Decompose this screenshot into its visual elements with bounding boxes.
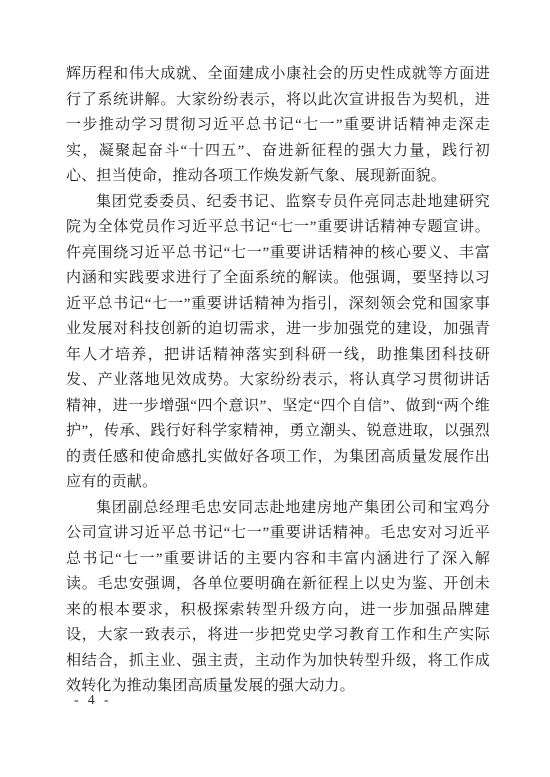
body-paragraph: 集团副总经理毛忠安同志赴地建房地产集团公司和宝鸡分公司宣讲习近平总书记“七一”重… xyxy=(66,496,490,700)
page-number: - 4 - xyxy=(74,691,112,709)
body-paragraph-continuation: 辉历程和伟大成就、全面建成小康社会的历史性成就等方面进行了系统讲解。大家纷纷表示… xyxy=(66,62,490,190)
document-page: 辉历程和伟大成就、全面建成小康社会的历史性成就等方面进行了系统讲解。大家纷纷表示… xyxy=(0,0,550,777)
document-body: 辉历程和伟大成就、全面建成小康社会的历史性成就等方面进行了系统讲解。大家纷纷表示… xyxy=(66,62,490,700)
body-paragraph: 集团党委委员、纪委书记、监察专员仵亮同志赴地建研究院为全体党员作习近平总书记“七… xyxy=(66,190,490,496)
